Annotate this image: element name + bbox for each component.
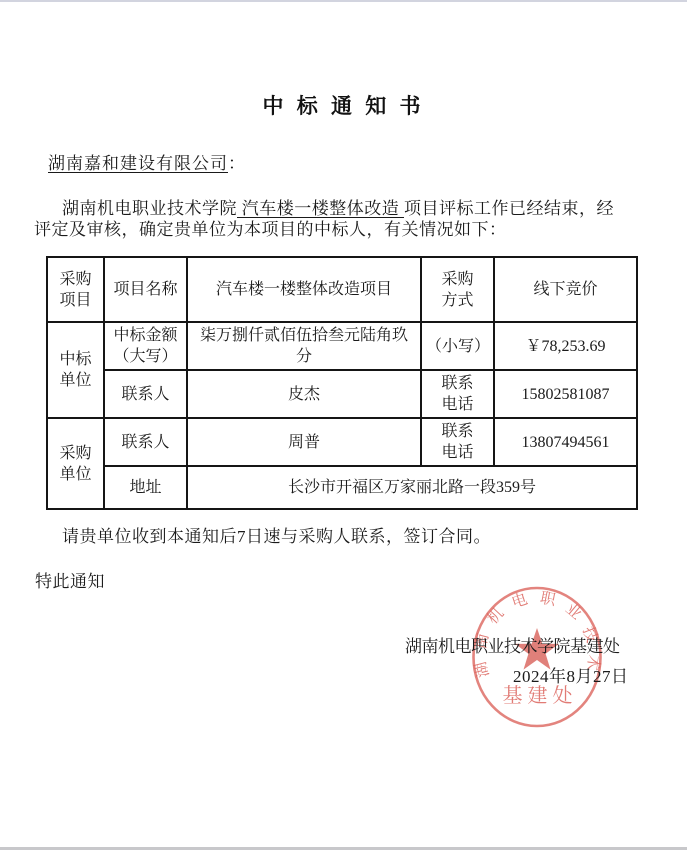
document-page: 中 标 通 知 书 湖南嘉和建设有限公司： 湖南机电职业技术学院 汽车楼一楼整体… bbox=[0, 0, 687, 850]
company-name: 湖南嘉和建设有限公司 bbox=[48, 154, 228, 173]
cell-purchaser-contact-value: 周普 bbox=[187, 418, 421, 466]
cell-amount-figures-label: （小写） bbox=[421, 322, 494, 370]
signature-date: 2024年8月27日 bbox=[513, 662, 629, 687]
cell-address-label: 地址 bbox=[104, 466, 187, 509]
signature-org: 湖南机电职业技术学院基建处 bbox=[405, 632, 620, 657]
cell-purchaser-phone-label: 联系 电话 bbox=[421, 418, 494, 466]
cell-procurement-method-value: 线下竞价 bbox=[494, 257, 637, 322]
cell-purchaser-contact-label: 联系人 bbox=[104, 418, 187, 466]
page-top-edge bbox=[0, 0, 687, 2]
cell-group-procurement-item: 采购 项目 bbox=[47, 257, 104, 322]
hereby-notice: 特此通知 bbox=[35, 567, 105, 592]
official-seal: 湖南机电职业技术学院 基建处 bbox=[469, 585, 607, 733]
cell-amount-words-value: 柒万捌仟贰佰伍拾叁元陆角玖 分 bbox=[187, 322, 421, 370]
document-title: 中 标 通 知 书 bbox=[0, 90, 687, 120]
project-name-underlined: 汽车楼一楼整体改造 bbox=[237, 199, 404, 218]
seal-center-text: 基建处 bbox=[503, 684, 578, 707]
cell-project-name-value: 汽车楼一楼整体改造项目 bbox=[187, 257, 421, 322]
cell-purchaser-phone-value: 13807494561 bbox=[494, 418, 637, 466]
cell-winner-phone-label: 联系 电话 bbox=[421, 370, 494, 418]
cell-amount-words-label: 中标金额 （大写） bbox=[104, 322, 187, 370]
body-line-2: 评定及审核，确定贵单位为本项目的中标人，有关情况如下： bbox=[34, 219, 654, 240]
cell-winner-phone-value: 15802581087 bbox=[494, 370, 637, 418]
addressee-colon: ： bbox=[228, 154, 246, 173]
body-paragraph: 湖南机电职业技术学院 汽车楼一楼整体改造 项目评标工作已经结束，经 评定及审核，… bbox=[34, 198, 654, 240]
cell-project-name-label: 项目名称 bbox=[104, 257, 187, 322]
cell-winner-contact-label: 联系人 bbox=[104, 370, 187, 418]
cell-procurement-method-label: 采购 方式 bbox=[421, 257, 494, 322]
closing-notice: 请贵单位收到本通知后7日速与采购人联系，签订合同。 bbox=[34, 522, 654, 547]
cell-address-value: 长沙市开福区万家丽北路一段359号 bbox=[187, 466, 637, 509]
award-table: 采购 项目 项目名称 汽车楼一楼整体改造项目 采购 方式 线下竞价 中标 单位 … bbox=[46, 256, 638, 510]
cell-group-purchaser-unit: 采购 单位 bbox=[47, 418, 104, 509]
addressee-line: 湖南嘉和建设有限公司： bbox=[48, 149, 246, 174]
cell-amount-figures-value: ￥78,253.69 bbox=[494, 322, 637, 370]
cell-winner-contact-value: 皮杰 bbox=[187, 370, 421, 418]
body-line-1: 湖南机电职业技术学院 汽车楼一楼整体改造 项目评标工作已经结束，经 bbox=[34, 198, 654, 219]
cell-group-winner-unit: 中标 单位 bbox=[47, 322, 104, 418]
